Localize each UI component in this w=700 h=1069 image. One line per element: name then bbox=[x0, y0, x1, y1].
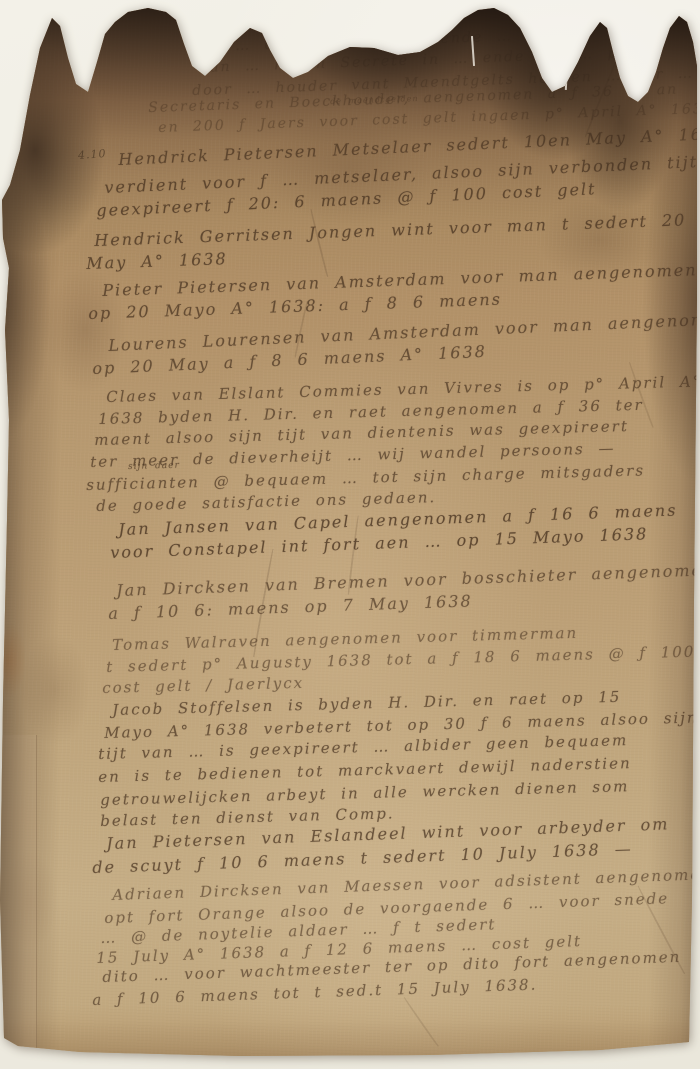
paper-shadow-wrap: 4.10 … de end cort verstende … ho …van …… bbox=[0, 0, 700, 1069]
pen-flourish bbox=[310, 209, 329, 277]
manuscript-line: May A° 1638 bbox=[86, 249, 228, 273]
pen-flourish bbox=[403, 997, 439, 1047]
manuscript-page: 4.10 … de end cort verstende … ho …van …… bbox=[0, 0, 700, 1069]
scan-background: 4.10 … de end cort verstende … ho …van …… bbox=[0, 0, 700, 1069]
manuscript-line: sijn daer bbox=[128, 461, 180, 472]
margin-note: 4.10 bbox=[78, 147, 107, 162]
manuscript-line: cost gelt / Jaerlycx bbox=[102, 674, 304, 697]
manuscript-line: Hendrick Gerritsen Jongen wint voor man … bbox=[94, 210, 687, 250]
handwriting-layer: 4.10 … de end cort verstende … ho …van …… bbox=[0, 0, 700, 1069]
